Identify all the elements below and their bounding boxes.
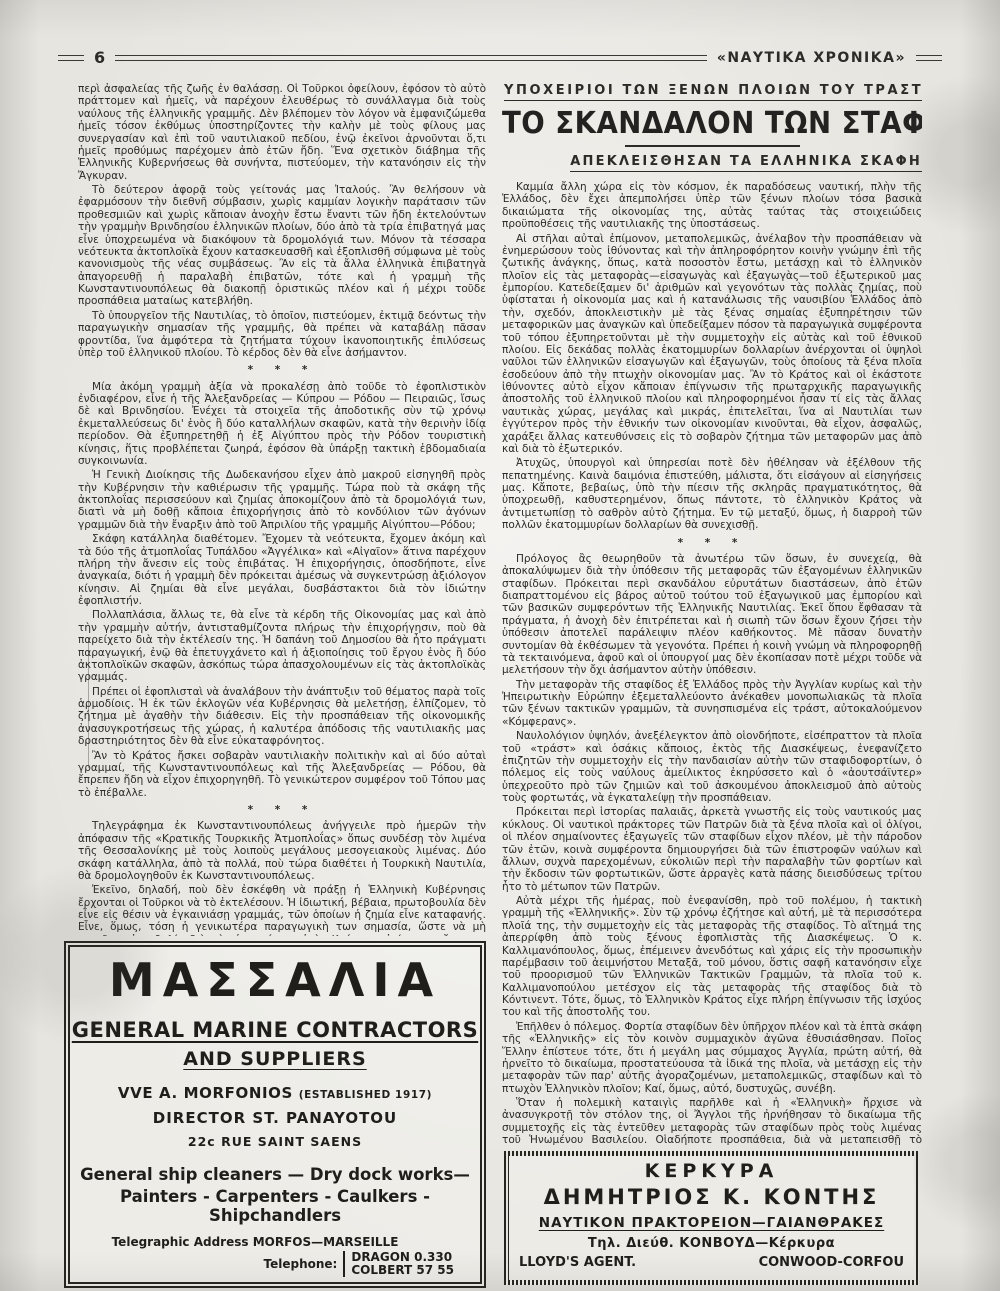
paragraph: Αἱ στῆλαι αὐταὶ ἐπίμονον, μεταπολεμικῶς,…: [502, 233, 922, 456]
ad-kerkyra-name: ΔΗΜΗΤΡΙΟΣ Κ. ΚΟΝΤΗΣ: [519, 1185, 904, 1209]
ad-massalia-headline2: AND SUPPLIERS: [70, 1048, 480, 1070]
ad-massalia-headline1: GENERAL MARINE CONTRACTORS: [70, 1018, 480, 1042]
paragraph: Ἡ Γενικὴ Διοίκησις τῆς Δωδεκανήσου εἶχεν…: [78, 469, 486, 531]
conwood-corfou-label: CONWOOD-CORFOU: [759, 1255, 904, 1270]
paragraph: Αὐτὰ μέχρι τῆς ἡμέρας, ποὺ ἐνεφανίσθη, π…: [502, 895, 922, 1019]
header-rule-left: [58, 55, 84, 61]
ad-massalia-telegraphic: Telegraphic Address MORFOS—MARSEILLE: [70, 1235, 480, 1249]
article-kicker: ΥΠΟΧΕΙΡΙΟΙ ΤΩΝ ΞΕΝΩΝ ΠΛΟΙΩΝ ΤΟΥ ΤΡΑΣΤ: [504, 83, 922, 101]
paragraph: * * *: [78, 364, 486, 376]
ad-kerkyra: ΚΕΡΚΥΡΑ ΔΗΜΗΤΡΙΟΣ Κ. ΚΟΝΤΗΣ ΝΑΥΤΙΚΟΝ ΠΡΑ…: [504, 1151, 919, 1285]
paragraph: Ἀτυχῶς, ὑπουργοὶ καὶ ὑπηρεσίαι ποτὲ δὲν …: [502, 457, 922, 531]
telephone-number-1: DRAGON 0.330: [351, 1250, 452, 1264]
masthead-title: «ΝΑΥΤΙΚΑ ΧΡΟΝΙΚΑ»: [717, 50, 906, 66]
title-underline-rule: [625, 145, 800, 147]
ad-kerkyra-business: ΝΑΥΤΙΚΟΝ ΠΡΑΚΤΟΡΕΙΟΝ—ΓΑΙΑΝΘΡΑΚΕΣ: [519, 1215, 904, 1231]
paragraph: * * *: [502, 537, 922, 549]
paragraph: * * *: [78, 804, 486, 816]
paragraph: Τὴν μεταφορὰν τῆς σταφίδος ἐξ Ἑλλάδος πρ…: [502, 679, 922, 729]
ad-massalia-director: DIRECTOR ST. PANAYOTOU: [70, 1109, 480, 1127]
ad-massalia-proprietor: VVE A. MORFONIOS (ESTABLISHED 1917): [70, 1084, 480, 1102]
right-column: ΥΠΟΧΕΙΡΙΟΙ ΤΩΝ ΞΕΝΩΝ ΠΛΟΙΩΝ ΤΟΥ ΤΡΑΣΤ ΤΟ…: [502, 83, 922, 1147]
paragraph: Καμμία ἄλλη χώρα εἰς τὸν κόσμον, ἐκ παρα…: [502, 181, 922, 231]
paragraph: Ναυλολόγιον ὑψηλόν, ἀνεξέλεγκτον ἀπὸ οἱο…: [502, 730, 922, 804]
page-number: 6: [94, 48, 105, 67]
ad-massalia-services2: Painters - Carpenters - Caulkers - Shipc…: [70, 1187, 480, 1225]
paragraph: Πρέπει οἱ ἐφοπλισταὶ νὰ ἀναλάβουν τὴν ἀν…: [78, 686, 486, 748]
ad-kerkyra-city: ΚΕΡΚΥΡΑ: [519, 1160, 904, 1182]
telephone-label: Telephone:: [264, 1257, 338, 1271]
paragraph: Μία ἀκόμη γραμμὴ ἀξία νὰ προκαλέσῃ ἀπὸ τ…: [78, 381, 486, 468]
paragraph: Ἂν τὸ Κράτος ἤσκει σοβαρὰν ναυτιλιακὴν π…: [78, 750, 486, 800]
header-rule-center: [115, 55, 707, 61]
ad-kerkyra-telegram: Τηλ. Διεύθ. ΚΟΝΒΟΥΔ—Κέρκυρα: [519, 1236, 904, 1251]
established-note: (ESTABLISHED 1917): [299, 1089, 432, 1101]
paragraph: Πρόκειται περὶ ἱστορίας παλαιᾶς, ἀρκετὰ …: [502, 806, 922, 893]
article-subtitle: ΑΠΕΚΛΕΙΣΘΗΣΑΝ ΤΑ ΕΛΛΗΝΙΚΑ ΣΚΑΦΗ: [570, 154, 922, 172]
paragraph: Σκάφη κατάλληλα διαθέτομεν. Ἔχομεν τὰ νε…: [78, 533, 486, 607]
header-rule-right: [916, 55, 942, 61]
ad-massalia-city: ΜΑΣΣΑΛΙΑ: [70, 955, 480, 1006]
paragraph: περὶ ἀσφαλείας τῆς ζωῆς ἐν θαλάσσῃ. Οἱ Τ…: [78, 83, 486, 182]
scan-artifact-line: [88, 638, 89, 768]
paragraph: Ὅταν ἡ πολεμικὴ καταιγὶς παρῆλθε καὶ ἡ «…: [502, 1097, 922, 1147]
lloyds-agent-label: LLOYD'S AGENT.: [519, 1255, 636, 1270]
paragraph: Πολλαπλάσια, ἄλλως τε, θὰ εἶνε τὰ κέρδη …: [78, 609, 486, 683]
article-body: Καμμία ἄλλη χώρα εἰς τὸν κόσμον, ἐκ παρα…: [502, 181, 922, 1147]
telephone-numbers: DRAGON 0.330 COLBERT 57 55: [351, 1251, 454, 1279]
paragraph: Τηλεγράφημα ἐκ Κωνσταντινουπόλεως ἀνήγγε…: [78, 820, 486, 882]
left-column: περὶ ἀσφαλείας τῆς ζωῆς ἐν θαλάσσῃ. Οἱ Τ…: [78, 83, 486, 936]
newspaper-page: 6 «ΝΑΥΤΙΚΑ ΧΡΟΝΙΚΑ» περὶ ἀσφαλείας τῆς ζ…: [0, 0, 1000, 1291]
ad-massalia-address: 22c RUE SAINT SAENS: [70, 1134, 480, 1149]
ad-massalia: ΜΑΣΣΑΛΙΑ GENERAL MARINE CONTRACTORS AND …: [64, 941, 486, 1288]
article-title: ΤΟ ΣΚΑΝΔΑΛΟΝ ΤΩΝ ΣΤΑΦΙΔΩΝ: [502, 106, 888, 141]
ad-kerkyra-agent-row: LLOYD'S AGENT. CONWOOD-CORFOU: [519, 1255, 904, 1270]
page-header: 6 «ΝΑΥΤΙΚΑ ΧΡΟΝΙΚΑ»: [58, 48, 942, 67]
proprietor-name: VVE A. MORFONIOS: [118, 1084, 293, 1102]
ad-massalia-telephone: Telephone: DRAGON 0.330 COLBERT 57 55: [70, 1251, 480, 1279]
paragraph: Τὸ δεύτερον ἀφορᾷ τοὺς γείτονάς μας Ἰταλ…: [78, 184, 486, 308]
paragraph: Ἐκεῖνο, δηλαδή, ποὺ δὲν ἐσκέφθη νὰ πράξῃ…: [78, 884, 486, 936]
telephone-number-2: COLBERT 57 55: [351, 1263, 454, 1277]
ad-massalia-services1: General ship cleaners — Dry dock works—: [70, 1165, 480, 1184]
paragraph: Τὸ ὑπουργεῖον τῆς Ναυτιλίας, τὸ ὁποῖον, …: [78, 310, 486, 360]
paragraph: Ἐπῆλθεν ὁ πόλεμος. Φορτία σταφίδων δὲν ὑ…: [502, 1021, 922, 1095]
telephone-brace: [343, 1251, 345, 1277]
paragraph: Πρόλογος ἂς θεωρηθοῦν τὰ ἀνωτέρω τῶν ὅσω…: [502, 553, 922, 677]
